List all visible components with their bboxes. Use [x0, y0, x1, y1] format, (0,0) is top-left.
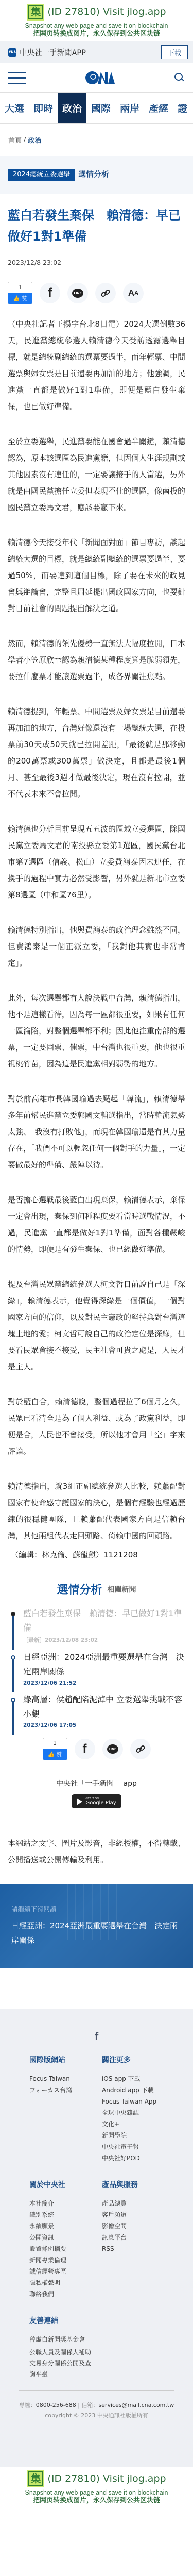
like-count: 1 — [8, 282, 32, 293]
nav-item-realtime[interactable]: 即時 — [29, 93, 58, 123]
line-icon: LINE — [72, 289, 83, 298]
article-date: 2023/12/8 23:02 — [8, 259, 185, 266]
paragraph: 賴清德指出，就3組正副總統參選人比較，賴蕭配對國家有使命感守護國家的決心，是個有… — [8, 1478, 185, 1544]
jlog-subtitle-cn: 把网页转换成图片，永久保存到公共区块链 — [0, 30, 193, 38]
jlog-subtitle-cn: 把网页转换成图片，永久保存到公共区块链 — [0, 2497, 193, 2505]
nav-item-politics[interactable]: 政治 — [58, 93, 86, 123]
related-title: 選情分析 — [57, 1581, 102, 1597]
breadcrumb-separator: / — [24, 136, 26, 144]
app-download-bar: CNA 中央社一手新聞APP 下載 — [0, 41, 193, 63]
jlog-title[interactable]: (ID 27810) Visit jlog.app — [47, 2473, 166, 2484]
jlog-subtitle-en: Snapshot any web page and save it on blo… — [0, 2489, 193, 2497]
contact-email[interactable]: services@mail.cna.com.tw — [98, 2402, 174, 2409]
app-download-button[interactable]: 下載 — [161, 45, 188, 59]
topic-tag[interactable]: 2024總統立委選舉 — [8, 169, 75, 181]
footer-link[interactable]: 曾虛白新聞獎基金會 — [29, 2334, 91, 2345]
jlog-title[interactable]: (ID 27810) Visit jlog.app — [47, 6, 166, 18]
footer-col-products: 產品與服務 產品總覽 客戶頻道 影像空間 訊息平台 RSS — [102, 2179, 193, 2300]
app-promo: 中央社「一手新聞」 app GET IT ONGoogle Play — [8, 1778, 185, 1808]
footer-col-international: 國際版網站 Focus Taiwan フォーカス台湾 — [29, 2055, 102, 2164]
topic-bar: 2024總統立委選舉 選情分析 — [0, 156, 193, 194]
site-header — [0, 63, 193, 93]
facebook-share-icon[interactable]: f — [75, 1739, 95, 1759]
nav-item-economy[interactable]: 產經 — [144, 93, 173, 123]
footer-link[interactable]: 設置條例摘要 — [29, 2243, 102, 2255]
paragraph: 提及台灣民眾黨總統參選人柯文哲日前說自己是「深綠」，賴清德表示，他覺得深綠是一個… — [8, 1276, 185, 1375]
continue-reading-title: 日經亞洲：2024亞洲最重要選舉在台灣 決定兩岸關係 — [11, 1919, 182, 1947]
play-store-icon — [77, 1798, 82, 1805]
facebook-like-button[interactable]: 1 👍赞 — [43, 1738, 67, 1760]
line-share-button[interactable]: LINE — [67, 283, 88, 303]
site-footer: f 國際版網站 Focus Taiwan フォーカス台湾 關注更多 iOS ap… — [0, 2009, 193, 2467]
nav-item-international[interactable]: 國際 — [86, 93, 115, 123]
paragraph: 賴清德也分析目前呈現五五波的區域立委選區，除國民黨立委馬文君的南投縣立委第1選區… — [8, 821, 185, 903]
breadcrumb-home[interactable]: 首頁 — [8, 135, 22, 145]
footer-copyright: copyright © 2023 中央通訊社版權所有 — [0, 2411, 193, 2467]
paragraph: 賴清德提到，年輕票、中間選票及婦女票是目前還要再加油的地方，台灣好像還沒有一場總… — [8, 703, 185, 802]
footer-link[interactable]: 產品總覽 — [102, 2198, 193, 2209]
facebook-icon[interactable]: f — [0, 2030, 193, 2043]
footer-link[interactable]: RSS — [102, 2243, 193, 2255]
copyright-notice: 本網站之文字、圖片及影音，非經授權，不得轉載、公開播送或公開傳輸及利用。 — [8, 1835, 185, 1868]
jlog-banner-bottom: 集 (ID 27810) Visit jlog.app Snapshot any… — [0, 2467, 193, 2508]
breadcrumb: 首頁 / 政治 — [0, 124, 193, 156]
footer-link[interactable]: 新聞專業倫理 — [29, 2255, 102, 2266]
related-item[interactable]: 藍白若發生棄保 賴清德：早已做好1對1準備 ［最新］2023/12/08 23:… — [10, 1606, 185, 1650]
footer-link[interactable]: 公開資訊 — [29, 2232, 102, 2243]
footer-link[interactable]: 隱私權聲明 — [29, 2277, 102, 2289]
paragraph: 至於立委選舉，民進黨要能在國會過半關鍵，賴清德認為，原本該選區為民進黨籍，但因個… — [8, 433, 185, 516]
google-play-button[interactable]: GET IT ONGoogle Play — [72, 1794, 121, 1808]
copy-link-button[interactable] — [95, 283, 116, 303]
nav-item-election[interactable]: 大選 — [0, 93, 29, 123]
related-subtitle: 相關新聞 — [108, 1584, 136, 1595]
editor-credit: （編輯：林克倫、蘇龍麒）1121208 — [8, 1547, 185, 1563]
footer-link[interactable]: 公職人員及關係人補助交易身分關係公開及查詢平臺 — [29, 2347, 91, 2380]
footer-link[interactable]: Focus Taiwan App — [102, 2096, 193, 2107]
footer-link[interactable]: Android app 下載 — [102, 2084, 193, 2096]
footer-contact: 專線：0800-256-688 | 信箱：services@mail.cna.c… — [0, 2401, 193, 2409]
thumbs-up-icon: 👍 — [13, 295, 20, 302]
footer-link[interactable]: 永續願景 — [29, 2221, 102, 2232]
paragraph: 對於藍白合，賴清德說，整個過程拉了6個月之久，民眾已看清全是為了個人利益、或為了… — [8, 1394, 185, 1460]
topic-name[interactable]: 選情分析 — [78, 169, 109, 179]
footer-link[interactable]: 聯絡我們 — [29, 2289, 102, 2300]
footer-link[interactable]: iOS app 下載 — [102, 2073, 193, 2084]
article: 藍白若發生棄保 賴清德：早已做好1對1準備 2023/12/8 23:02 1 … — [0, 205, 193, 1868]
timeline-dot-icon — [11, 1655, 15, 1660]
line-icon: LINE — [107, 1744, 118, 1754]
cna-app-logo-icon: CNA — [8, 48, 16, 57]
hotline-number[interactable]: 0800-256-688 — [36, 2402, 76, 2409]
share-bar-bottom: 1 👍赞 f LINE — [8, 1738, 185, 1760]
footer-link[interactable]: 新聞學院 — [102, 2130, 193, 2141]
jlog-subtitle-en: Snapshot any web page and save it on blo… — [0, 22, 193, 30]
font-size-button[interactable]: AA — [123, 283, 144, 303]
timeline-dot-icon — [11, 1612, 15, 1616]
footer-link[interactable]: 中央社電子報 — [102, 2141, 193, 2153]
line-share-button[interactable]: LINE — [102, 1739, 123, 1759]
footer-link[interactable]: 中央社好POD — [102, 2153, 193, 2164]
continue-reading-label: 請繼續下滑閱讀 — [11, 1904, 182, 1913]
footer-link[interactable]: 客戶頻道 — [102, 2209, 193, 2221]
facebook-like-button[interactable]: 1 👍赞 — [8, 282, 32, 304]
timeline-dot-icon — [11, 1698, 15, 1702]
paragraph: 對於前高雄市長韓國瑜過去颳起「韓流」，賴清德舉多年前幫民進黨立委郭國文輔選指出，… — [8, 1091, 185, 1173]
related-item[interactable]: 日經亞洲：2024亞洲最重要選舉在台灣 決定兩岸關係 2023/12/06 21… — [10, 1650, 185, 1692]
footer-divider — [19, 2390, 174, 2391]
search-icon[interactable] — [174, 73, 185, 83]
paragraph: 此外，每次選舉都有人說決戰中台灣，賴清德指出，他不是這樣看待，因為每一區都很重要… — [8, 990, 185, 1072]
footer-link[interactable]: 文化+ — [102, 2119, 193, 2130]
paragraph: （中央社記者王揚宇台北8日電）2024大選倒數36天，民進黨總統參選人賴清德今天… — [8, 316, 185, 415]
related-timeline: 藍白若發生棄保 賴清德：早已做好1對1準備 ［最新］2023/12/08 23:… — [8, 1606, 185, 1735]
related-item[interactable]: 綠高層：侯趙配陷泥淖中 立委選舉挑戰不容小覷 2023/12/06 17:05 — [10, 1692, 185, 1735]
facebook-share-icon[interactable]: f — [40, 283, 60, 303]
footer-link[interactable]: 影像空間 — [102, 2221, 193, 2232]
jlog-badge-icon: 集 — [27, 2470, 44, 2487]
footer-col-follow: 關注更多 iOS app 下載 Android app 下載 Focus Tai… — [102, 2055, 193, 2164]
paragraph: 賴清德今天接受年代「新聞面對面」節目專訪，談起總統大選的目標，就是總統副總統的選… — [8, 534, 185, 617]
footer-col-about: 關於中央社 本社簡介 識別系統 永續願景 公開資訊 設置條例摘要 新聞專業倫理 … — [29, 2179, 102, 2300]
footer-link[interactable]: 訊息平台 — [102, 2232, 193, 2243]
footer-link[interactable]: 誠信經營專區 — [29, 2266, 102, 2277]
breadcrumb-current[interactable]: 政治 — [28, 135, 41, 145]
continue-reading-card[interactable]: 請繼續下滑閱讀 日經亞洲：2024亞洲最重要選舉在台灣 決定兩岸關係 — [0, 1884, 193, 1968]
footer-link[interactable]: 識別系統 — [29, 2209, 102, 2221]
nav-item-cross-strait[interactable]: 兩岸 — [115, 93, 144, 123]
article-body: （中央社記者王揚宇台北8日電）2024大選倒數36天，民進黨總統參選人賴清德今天… — [8, 316, 185, 1563]
copy-link-button[interactable] — [130, 1739, 151, 1759]
thumbs-up-icon: 👍 — [48, 1751, 55, 1758]
app-name: 中央社一手新聞APP — [20, 47, 161, 58]
share-bar: 1 👍赞 f LINE AA — [8, 282, 185, 304]
footer-link[interactable]: 全球中央雜誌 — [102, 2107, 193, 2119]
link-icon — [100, 288, 111, 298]
footer-link[interactable]: 本社簡介 — [29, 2198, 102, 2209]
font-size-icon: A — [128, 288, 134, 298]
paragraph: 然而，賴清德的領先優勢一直無法大幅度拉開，日本學者小笠原欣幸認為賴清德某種程度算… — [8, 635, 185, 685]
app-promo-text: 中央社「一手新聞」 app — [8, 1778, 185, 1788]
cna-logo[interactable] — [85, 71, 115, 85]
jlog-banner-top: 集 (ID 27810) Visit jlog.app Snapshot any… — [0, 0, 193, 41]
jlog-badge-icon: 集 — [27, 4, 44, 21]
hamburger-icon[interactable] — [8, 72, 26, 84]
cna-logo-icon — [85, 71, 115, 85]
category-nav: 大選 即時 政治 國際 兩岸 產經 證 — [0, 93, 193, 124]
article-title: 藍白若發生棄保 賴清德：早已做好1對1準備 — [8, 205, 185, 247]
footer-link[interactable]: Focus Taiwan — [29, 2073, 102, 2084]
paragraph: 是否擔心選戰最後藍白出現棄保，賴清德表示，棄保一定會出現，棄保到何種程度要看當時… — [8, 1192, 185, 1258]
paragraph: 賴清德特別指出，他與費鴻泰的政治理念雖然不同，但費鴻泰是一個正派立委，「我對他其… — [8, 922, 185, 971]
link-icon — [135, 1744, 146, 1754]
related-news-header: 選情分析 相關新聞 — [8, 1581, 185, 1597]
footer-link[interactable]: フォーカス台湾 — [29, 2084, 102, 2096]
footer-col-friendly-links: 友善連結 曾虛白新聞獎基金會 公職人員及關係人補助交易身分關係公開及查詢平臺 — [29, 2315, 91, 2380]
nav-item-securities[interactable]: 證 — [173, 93, 192, 123]
